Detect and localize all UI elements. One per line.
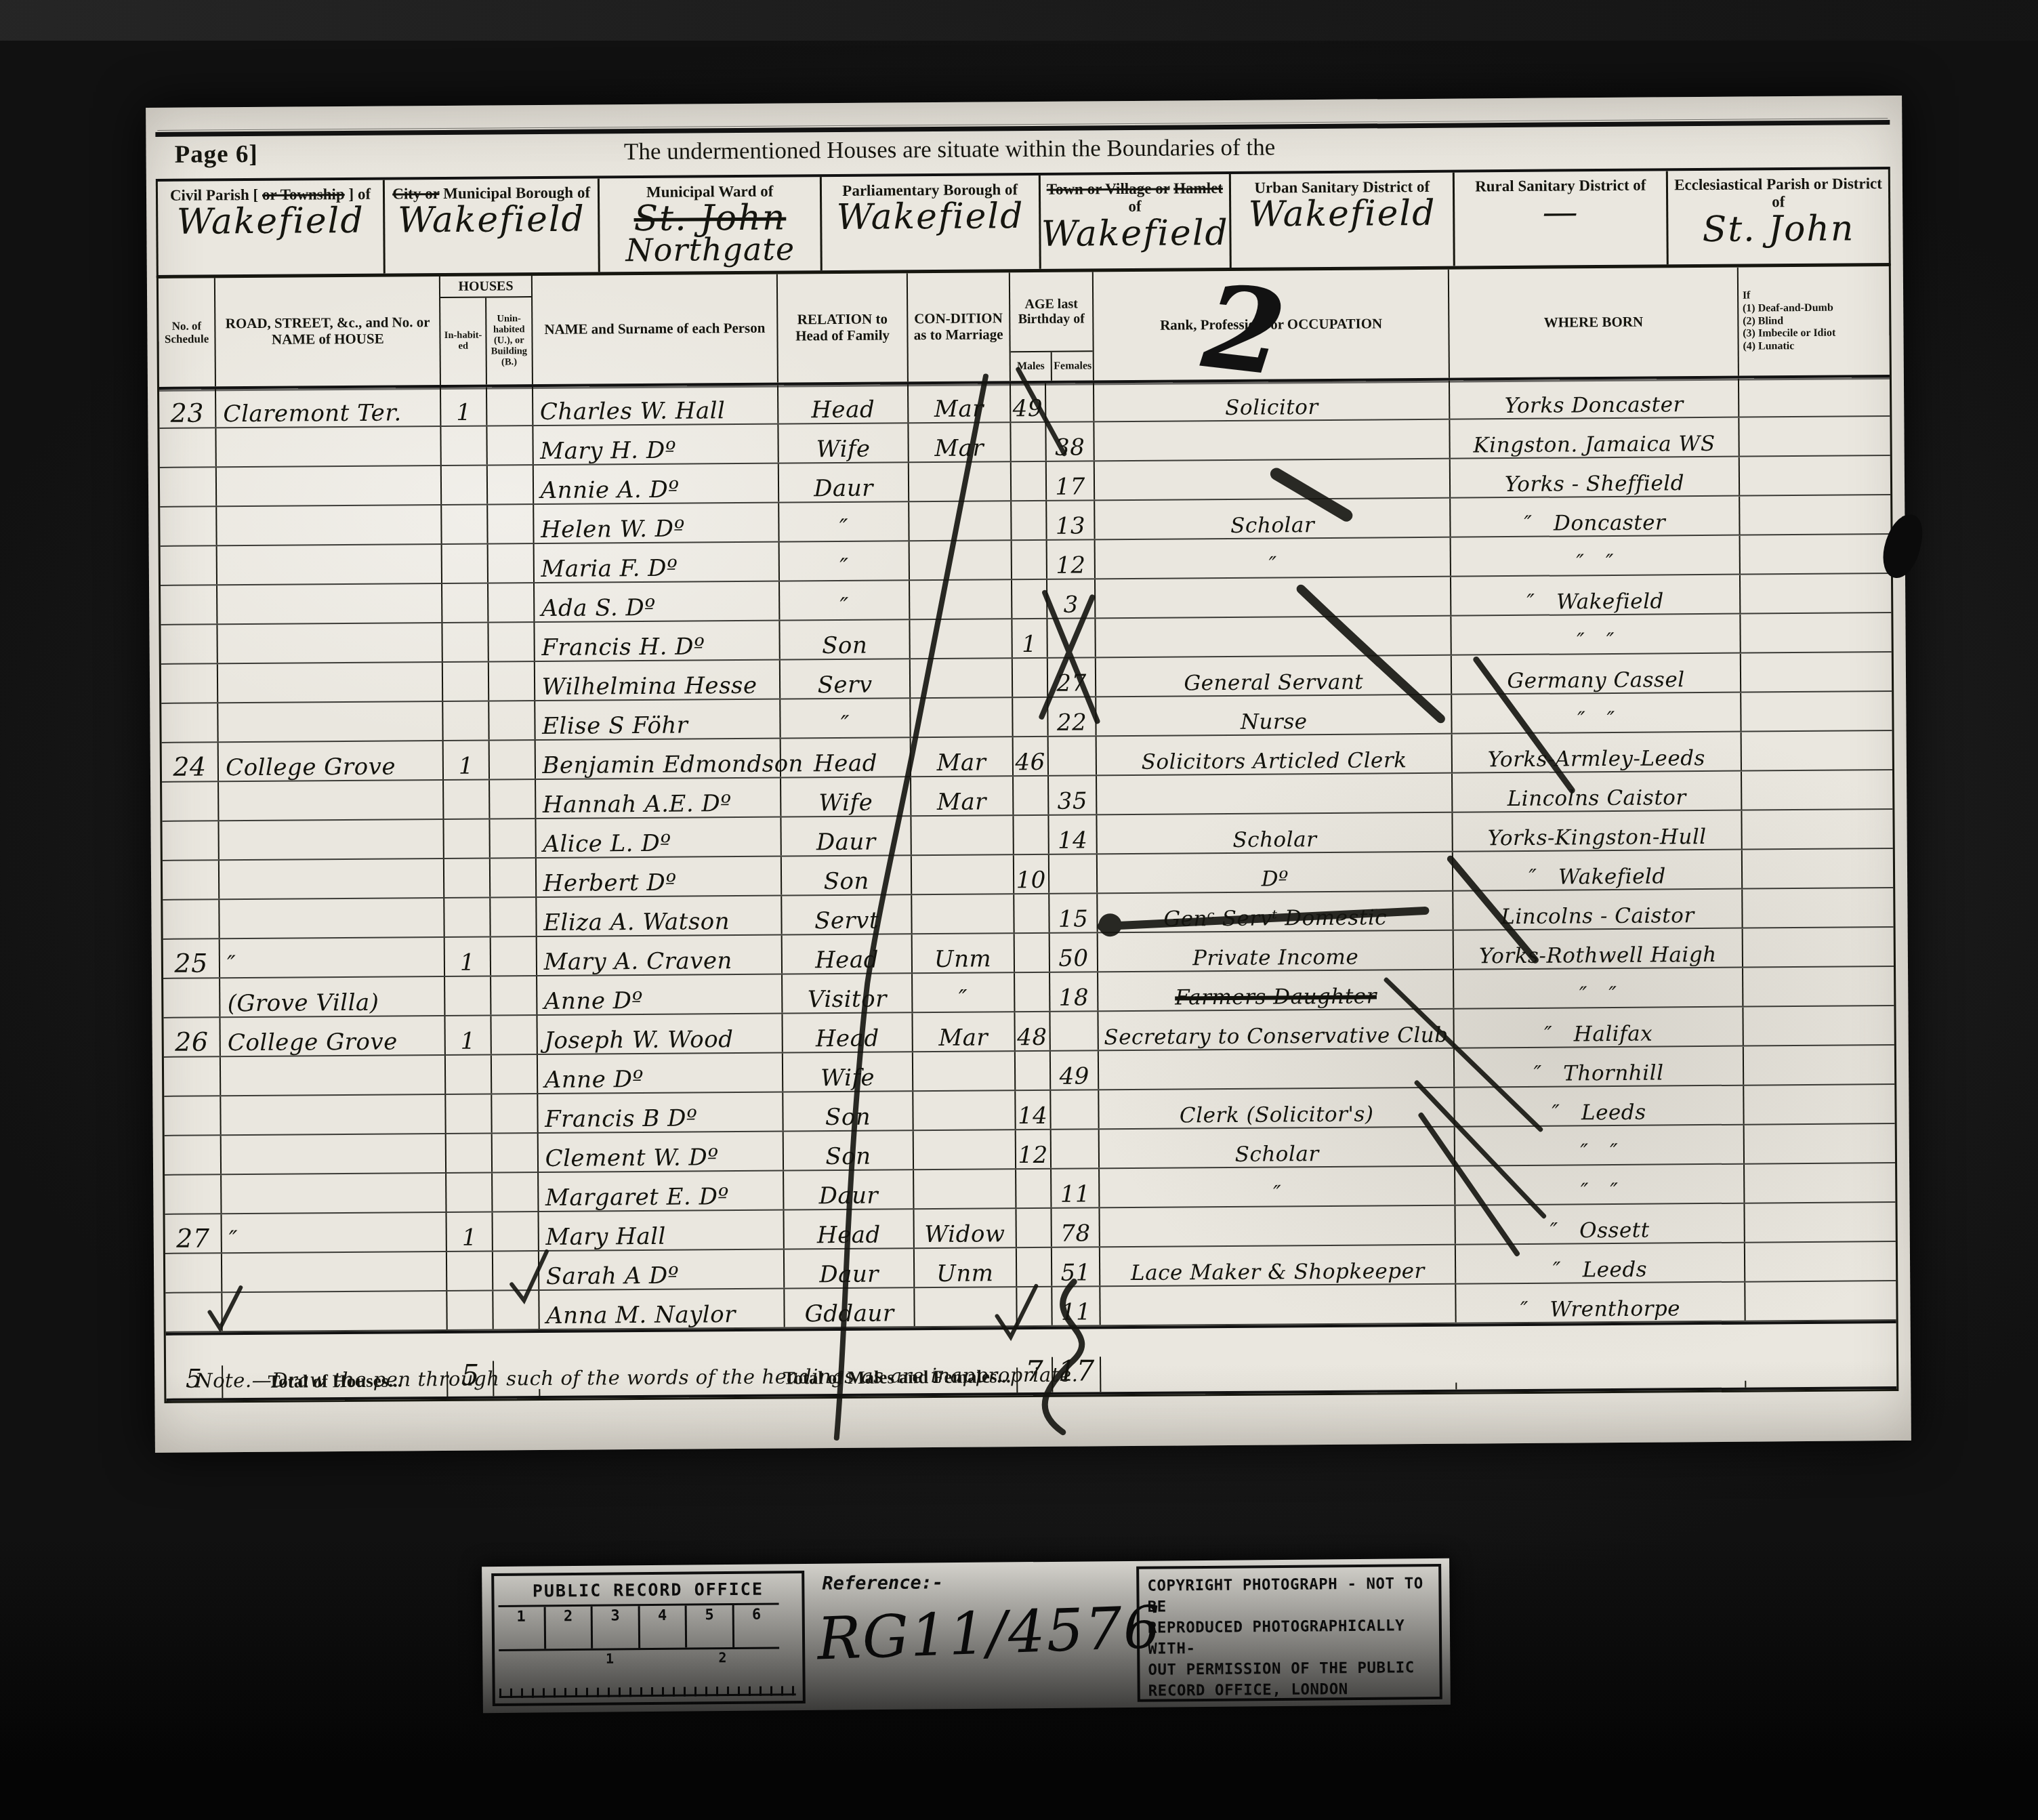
cell-schedule [161, 703, 219, 742]
inch-ruler-number-1: 1 [499, 1607, 546, 1649]
value-road: College Grove [226, 756, 396, 780]
cell-relation: Daur [779, 463, 909, 501]
value-road: (Grove Villa) [227, 991, 379, 1016]
cell-age-male: 49 [1010, 384, 1046, 421]
cell-where-born: ″ Wakefield [1453, 850, 1743, 890]
value-name: Helen W. Dº [541, 518, 685, 541]
value-relation: Son [823, 870, 869, 893]
value-where-born: ″ ″ [1577, 631, 1615, 652]
cell-age-male [1016, 1248, 1052, 1286]
value-schedule: 27 [176, 1225, 210, 1251]
district-value-town-village-hamlet: Wakefield [1041, 217, 1229, 251]
cell-uninhabited [493, 1212, 539, 1250]
col-relation: RELATION to Head of Family [778, 273, 909, 382]
cell-relation: Wife [781, 777, 911, 816]
cell-inhabited [448, 1291, 494, 1329]
value-age-female: 51 [1060, 1261, 1091, 1284]
cell-occupation: Clerk (Solicitor's) [1100, 1088, 1455, 1129]
cell-where-born: Yorks-Armley-Leeds [1453, 732, 1742, 772]
value-relation: Son [822, 634, 867, 657]
totals-born-empty [1457, 1381, 1747, 1390]
cell-age-female [1046, 383, 1095, 421]
value-relation: Wife [816, 438, 871, 461]
cell-road [222, 1174, 446, 1213]
value-condition: ″ [959, 987, 968, 1010]
value-inhabited: 1 [459, 755, 474, 778]
cell-schedule [161, 585, 218, 624]
cell-uninhabited [488, 623, 535, 661]
col-age: AGE last Birthday of [1010, 272, 1093, 351]
value-where-born: ″ Leeds [1553, 1260, 1647, 1281]
cell-age-male: 12 [1016, 1130, 1052, 1168]
value-name: Joseph W. Wood [544, 1028, 733, 1052]
cell-infirmity [1741, 574, 1892, 613]
cell-uninhabited [488, 544, 535, 582]
cell-uninhabited [491, 937, 537, 975]
inch-ruler-number-5: 5 [687, 1605, 734, 1648]
cell-name: Clement W. Dº [538, 1132, 784, 1172]
cell-occupation: Farmers Daughter [1098, 970, 1454, 1011]
cell-age-female: 35 [1049, 776, 1098, 814]
cell-schedule: 26 [163, 1018, 221, 1056]
value-name: Clement W. Dº [545, 1146, 718, 1170]
value-condition: Unm [934, 947, 992, 971]
cell-uninhabited [490, 819, 536, 857]
value-where-born: ″ Ossett [1550, 1220, 1650, 1242]
cell-condition [910, 580, 1012, 619]
table-body: 23Claremont Ter.1Charles W. HallHeadMar4… [159, 377, 1896, 1333]
cell-age-male [1012, 541, 1047, 579]
value-where-born: Yorks-Armley-Leeds [1488, 748, 1706, 770]
value-relation: Serv [818, 674, 873, 697]
cell-relation: Head [783, 934, 913, 973]
value-occupation: ″ [1273, 1183, 1281, 1204]
district-value-parliamentary-borough: Wakefield [836, 200, 1024, 234]
cell-relation: Visitor [783, 974, 913, 1012]
value-occupation: Scholar [1232, 829, 1316, 851]
value-relation: Daur [814, 477, 873, 501]
cell-condition [912, 855, 1014, 894]
cell-age-female: 18 [1050, 972, 1099, 1010]
value-road: ″ [227, 953, 236, 976]
cell-condition [912, 894, 1014, 933]
cell-infirmity [1741, 692, 1892, 731]
cell-age-female [1050, 1012, 1099, 1050]
value-name: Maria F. Dº [541, 557, 678, 581]
cell-inhabited: 1 [445, 938, 491, 976]
value-occupation: Genᶜ Servᵗ Domestic [1163, 907, 1387, 930]
cell-name: Ada S. Dº [535, 582, 781, 622]
cell-occupation [1101, 1285, 1457, 1325]
value-where-born: Lincolns - Caistor [1501, 905, 1694, 928]
value-where-born: Kingston. Jamaica WS [1473, 434, 1715, 456]
cell-infirmity [1739, 377, 1890, 417]
cell-occupation: Lace Maker & Shopkeeper [1100, 1245, 1456, 1286]
inch-ruler-number-2: 2 [545, 1607, 593, 1649]
cell-schedule [160, 507, 217, 545]
value-relation: Daur [818, 1184, 878, 1208]
col-where-born: WHERE BORN [1449, 268, 1739, 378]
cell-where-born: Yorks Doncaster [1450, 379, 1739, 419]
cell-uninhabited [487, 387, 533, 425]
value-where-born: ″ ″ [1579, 985, 1617, 1006]
cell-schedule [161, 546, 218, 585]
value-schedule: 25 [174, 950, 208, 976]
col-inhabited: In-habit-ed [440, 298, 487, 385]
cell-uninhabited [490, 780, 536, 818]
value-occupation: Secretary to Conservative Club [1104, 1025, 1448, 1049]
cell-name: Margaret E. Dº [539, 1172, 785, 1212]
pro-stamp: PUBLIC RECORD OFFICE 123456 1 2 Referenc… [482, 1558, 1451, 1713]
cell-infirmity [1743, 849, 1894, 888]
cell-schedule [164, 1057, 222, 1096]
value-relation: Wife [820, 1067, 875, 1090]
cell-age-female: 49 [1051, 1051, 1100, 1089]
value-age-female: 13 [1056, 514, 1086, 537]
cell-where-born: Lincolns Caistor [1453, 772, 1742, 812]
value-relation: Head [817, 1224, 881, 1247]
cell-infirmity [1741, 613, 1892, 653]
value-where-born: ″ Wakefield [1526, 591, 1664, 613]
cell-relation: ″ [781, 699, 911, 737]
inch-ruler-number-3: 3 [593, 1606, 640, 1649]
value-road: College Grove [228, 1031, 398, 1055]
value-occupation: Scholar [1230, 515, 1314, 537]
cm-ruler-number-2: 2 [718, 1649, 726, 1666]
cell-age-female: 17 [1047, 461, 1096, 499]
cell-relation: Head [783, 1013, 913, 1052]
value-name: Eliza A. Watson [543, 910, 730, 934]
value-age-female: 49 [1059, 1064, 1089, 1088]
cell-age-male [1014, 777, 1049, 814]
value-occupation: Private Income [1192, 947, 1358, 970]
cell-schedule: 25 [163, 939, 221, 978]
cell-uninhabited [493, 1252, 539, 1289]
cell-inhabited [446, 1056, 492, 1094]
cell-road [217, 584, 442, 623]
cell-age-female [1052, 1130, 1100, 1167]
cell-infirmity [1742, 770, 1893, 810]
value-where-born: ″ Leeds [1552, 1102, 1646, 1124]
value-occupation: Solicitors Articled Clerk [1142, 750, 1407, 773]
cell-uninhabited [490, 741, 536, 779]
cell-road [219, 781, 444, 820]
cell-where-born: Kingston. Jamaica WS [1451, 418, 1740, 458]
cell-condition [915, 1287, 1017, 1326]
cell-infirmity [1740, 495, 1891, 535]
cell-condition [910, 619, 1012, 658]
cell-occupation [1100, 1206, 1456, 1247]
cell-name: Maria F. Dº [534, 543, 780, 583]
cell-occupation: General Servant [1096, 656, 1452, 697]
cell-road: College Grove [221, 1016, 446, 1056]
cell-age-female: 13 [1047, 501, 1096, 539]
cell-inhabited: 1 [444, 741, 490, 779]
district-box-municipal-ward: Municipal Ward ofSt. JohnNorthgate [600, 177, 823, 272]
cell-name: Eliza A. Watson [537, 896, 783, 936]
value-relation: Son [825, 1145, 871, 1168]
cell-age-male [1017, 1287, 1053, 1325]
cell-where-born: ″ Doncaster [1451, 497, 1740, 537]
value-name: Ada S. Dº [541, 596, 656, 620]
cell-where-born: Yorks - Sheffield [1451, 457, 1740, 497]
value-condition: Unm [936, 1262, 994, 1285]
cell-relation: Daur [784, 1170, 914, 1209]
cell-name: Anne Dº [537, 975, 783, 1015]
col-age-subrow: Males Females [1010, 350, 1093, 381]
cell-infirmity [1743, 928, 1894, 967]
cell-schedule [163, 978, 221, 1017]
cell-relation: ″ [780, 541, 910, 580]
cell-condition: Unm [912, 934, 1014, 972]
value-relation: Head [811, 398, 875, 422]
value-name: Mary H. Dº [540, 439, 676, 463]
value-name: Mary A. Craven [543, 949, 732, 974]
cell-road [222, 1095, 446, 1134]
cell-uninhabited [493, 1134, 539, 1172]
cell-inhabited [444, 702, 490, 740]
cell-relation: Serv [781, 659, 911, 698]
cell-relation: Head [785, 1209, 915, 1248]
value-age-female: 11 [1060, 1182, 1091, 1205]
cell-condition: ″ [913, 973, 1015, 1012]
cell-schedule [161, 625, 218, 663]
value-age-male: 10 [1016, 869, 1047, 892]
value-condition: Mar [937, 751, 986, 774]
cell-schedule [163, 900, 220, 938]
district-value-municipal-borough: Wakefield [398, 203, 585, 238]
col-name: NAME and Surname of each Person [533, 274, 779, 385]
cell-age-female: 50 [1050, 933, 1099, 971]
cell-infirmity [1741, 653, 1892, 692]
value-age-male: 1 [1022, 633, 1037, 656]
cell-age-female [1049, 854, 1098, 892]
cell-age-male [1011, 462, 1047, 500]
value-name: Anna M. Naylor [546, 1303, 736, 1327]
value-relation: Son [825, 1106, 871, 1129]
value-occupation: Nurse [1241, 711, 1308, 733]
cell-occupation [1099, 1049, 1455, 1090]
value-name: Elise S Föhr [542, 714, 688, 739]
cell-where-born: ″ ″ [1455, 1125, 1745, 1165]
value-name: Wilhelmina Hesse [542, 674, 757, 699]
cell-road [218, 663, 443, 702]
cell-inhabited [442, 505, 488, 543]
cell-age-female: 27 [1048, 658, 1097, 696]
value-relation: Wife [818, 791, 873, 815]
col-age-group: AGE last Birthday of Males Females [1010, 272, 1094, 381]
cell-occupation [1095, 459, 1451, 500]
cell-schedule [160, 468, 217, 506]
cell-uninhabited [489, 701, 535, 739]
totals-infirmity-empty [1746, 1380, 1896, 1388]
value-age-female: 22 [1057, 711, 1087, 734]
cell-road [221, 1056, 446, 1095]
district-label-town-village-hamlet: Town or Village or Hamlet of [1040, 174, 1229, 217]
cell-age-female: 38 [1046, 422, 1095, 460]
inch-ruler-number-4: 4 [640, 1606, 687, 1649]
cell-schedule [164, 1096, 222, 1135]
value-inhabited: 1 [462, 1226, 477, 1249]
cell-condition [911, 659, 1013, 697]
district-box-ecclesiastical-parish: Ecclesiastical Parish or District ofSt. … [1668, 169, 1891, 264]
cell-where-born: ″ ″ [1452, 693, 1741, 733]
cell-occupation [1096, 617, 1452, 657]
inch-ruler-number-6: 6 [734, 1605, 779, 1647]
cell-uninhabited [493, 1173, 539, 1211]
inch-ruler: 123456 [499, 1602, 780, 1651]
cell-occupation: Private Income [1098, 931, 1454, 972]
cell-infirmity [1743, 888, 1894, 928]
district-box-civil-parish: Civil Parish [ or Township ] ofWakefield [156, 180, 386, 275]
pro-stamp-reference-area: Reference:- RG11/4576 [804, 1561, 1138, 1710]
reference-label: Reference:- [822, 1572, 943, 1594]
cell-road [220, 820, 444, 859]
value-condition: Mar [938, 1026, 988, 1050]
cell-occupation [1097, 774, 1453, 814]
value-age-female: 11 [1061, 1300, 1091, 1323]
cell-age-male [1015, 1052, 1051, 1090]
value-where-born: ″ ″ [1576, 552, 1614, 573]
cell-infirmity [1744, 1046, 1895, 1085]
district-value-ecclesiastical-parish: St. John [1702, 212, 1854, 247]
cell-schedule [161, 664, 219, 703]
cell-age-male [1016, 1209, 1052, 1247]
value-occupation: Lace Maker & Shopkeeper [1131, 1261, 1425, 1284]
cell-age-male [1016, 1170, 1052, 1207]
cell-condition [913, 1052, 1016, 1090]
cell-infirmity [1741, 731, 1892, 770]
cell-occupation: Nurse [1097, 695, 1453, 736]
district-box-parliamentary-borough: Parliamentary Borough ofWakefield [822, 175, 1041, 270]
cell-age-male: 1 [1012, 619, 1048, 657]
cell-where-born: ″ Thornhill [1455, 1047, 1744, 1087]
value-age-female: 18 [1059, 986, 1089, 1009]
cell-where-born: ″ Leeds [1455, 1086, 1744, 1126]
cell-road [220, 898, 445, 938]
cell-age-male [1012, 580, 1048, 618]
value-where-born: Yorks - Sheffield [1505, 473, 1684, 495]
cell-uninhabited [492, 1094, 538, 1132]
value-age-male: 12 [1018, 1144, 1048, 1167]
cell-age-female [1048, 737, 1097, 774]
value-age-female: 3 [1064, 593, 1079, 616]
value-name: Annie A. Dº [541, 478, 680, 502]
cell-where-born: Yorks-Rothwell Haigh [1454, 929, 1743, 969]
cell-age-male: 46 [1013, 737, 1049, 775]
cell-condition: Unm [915, 1248, 1017, 1287]
cell-where-born: Yorks-Kingston-Hull [1453, 811, 1743, 851]
cell-road [217, 545, 442, 584]
cell-road [223, 1291, 448, 1331]
value-age-female: 50 [1058, 947, 1089, 970]
value-relation: Daur [819, 1263, 879, 1287]
value-age-male: 46 [1015, 751, 1045, 774]
cell-occupation: Scholar [1096, 499, 1451, 539]
district-value-rural-sanitary-district: — [1542, 197, 1579, 230]
cell-name: Charles W. Hall [533, 386, 779, 426]
value-occupation: ″ [1268, 554, 1276, 575]
cell-condition: Mar [909, 423, 1011, 461]
table-header: No. of Schedule ROAD, STREET, &c., and N… [159, 266, 1890, 390]
cell-relation: Daur [785, 1249, 915, 1287]
value-name: Alice L. Dº [543, 832, 671, 856]
col-females: Females [1052, 352, 1093, 380]
col-males: Males [1010, 352, 1052, 381]
cell-schedule [159, 428, 217, 467]
cell-condition [914, 1130, 1016, 1169]
cell-where-born: ″ ″ [1454, 968, 1743, 1008]
pro-stamp-ruler-box: PUBLIC RECORD OFFICE 123456 1 2 [491, 1571, 806, 1706]
value-age-female: 17 [1055, 475, 1085, 498]
cell-inhabited: 1 [446, 1016, 492, 1054]
value-condition: Widow [924, 1222, 1005, 1246]
cell-name: Elise S Föhr [535, 700, 781, 740]
cell-road [220, 859, 444, 898]
cell-name: Hannah A.E. Dº [536, 779, 782, 819]
cell-occupation [1095, 420, 1451, 461]
cell-uninhabited [491, 976, 537, 1014]
cell-where-born: ″ Wakefield [1451, 575, 1741, 615]
value-occupation: Clerk (Solicitor's) [1180, 1104, 1374, 1126]
district-header-row: Civil Parish [ or Township ] ofWakefield… [156, 167, 1891, 278]
value-inhabited: 1 [461, 1030, 476, 1053]
photo-background: Page 6] The undermentioned Houses are si… [0, 0, 2038, 1820]
cell-relation: Wife [783, 1052, 913, 1091]
cell-road [218, 623, 443, 663]
cell-occupation: ″ [1096, 538, 1451, 579]
value-where-born: ″ ″ [1581, 1181, 1619, 1202]
cell-relation: ″ [779, 502, 909, 541]
value-age-male: 49 [1013, 397, 1043, 420]
cell-name: Mary H. Dº [533, 425, 779, 465]
cell-inhabited [442, 584, 488, 622]
cell-age-male [1013, 698, 1049, 736]
cell-inhabited [444, 781, 490, 819]
cell-occupation: Genᶜ Servᵗ Domestic [1098, 892, 1454, 932]
value-age-female: 27 [1056, 671, 1087, 695]
cell-age-male [1015, 973, 1051, 1011]
cell-uninhabited [493, 1291, 539, 1329]
cell-age-male: 48 [1015, 1012, 1051, 1050]
cell-inhabited [445, 898, 491, 936]
cell-name: Anna M. Naylor [539, 1289, 785, 1329]
value-where-born: ″ Thornhill [1534, 1062, 1664, 1084]
value-where-born: ″ Wrenthorpe [1520, 1298, 1680, 1321]
cell-inhabited [442, 427, 488, 465]
cell-relation: Gddaur [785, 1288, 915, 1327]
value-where-born: ″ Doncaster [1524, 512, 1665, 534]
cell-where-born: ″ Halifax [1455, 1008, 1744, 1048]
cell-age-female: 14 [1049, 815, 1098, 853]
cell-name: Anne Dº [538, 1054, 784, 1094]
cell-relation: Son [784, 1131, 914, 1170]
cell-name: Alice L. Dº [536, 818, 782, 858]
cell-road: Claremont Ter. [216, 388, 441, 427]
cell-road [217, 427, 442, 466]
value-age-female: 14 [1058, 829, 1088, 852]
cell-infirmity [1740, 535, 1891, 574]
value-schedule: 24 [173, 753, 207, 779]
cell-age-male [1011, 423, 1047, 461]
district-box-urban-sanitary-district: Urban Sanitary District ofWakefield [1231, 173, 1455, 268]
cell-schedule [163, 861, 220, 899]
cell-occupation: Solicitors Articled Clerk [1097, 735, 1453, 775]
cell-road: ″ [220, 938, 445, 977]
cell-occupation: Secretary to Conservative Club [1099, 1010, 1455, 1050]
cell-inhabited [442, 545, 488, 583]
col-houses-subrow: In-habit-ed Unin-habited (U.), or Buildi… [440, 297, 531, 385]
